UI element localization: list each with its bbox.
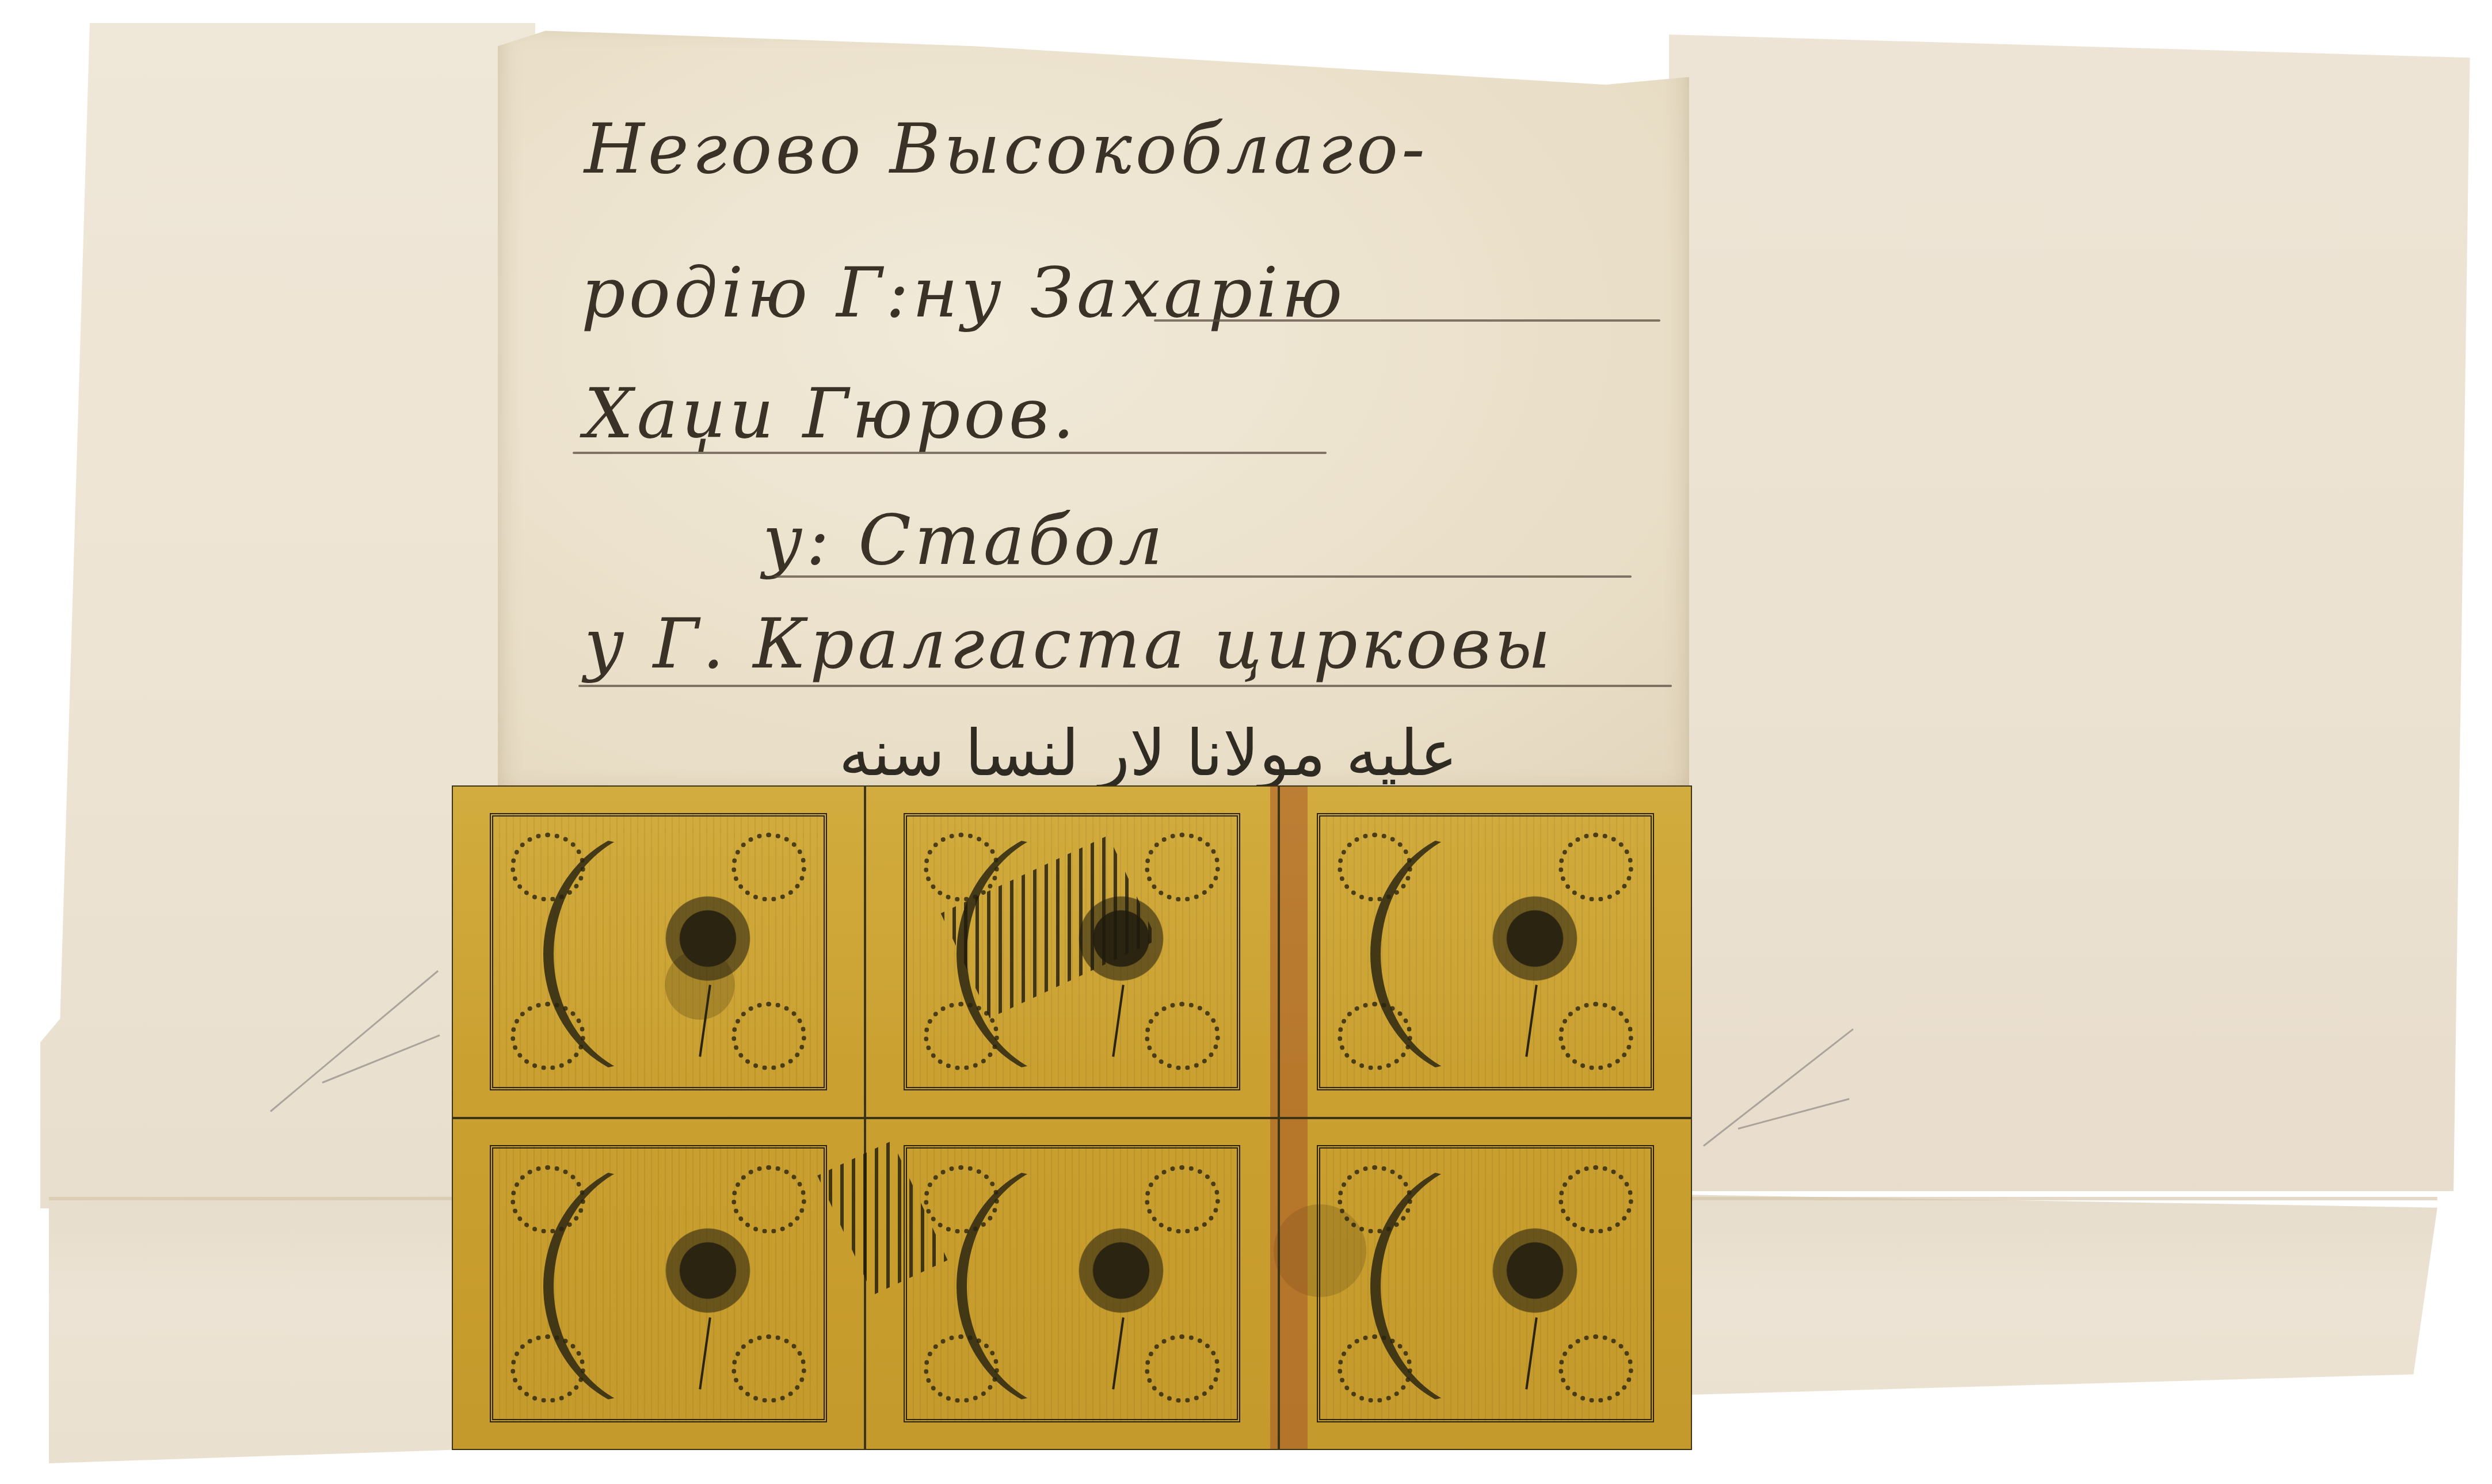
ornament-icon [924,1165,999,1234]
stamp-block [452,785,1692,1450]
ornament-icon [510,1002,585,1070]
underline-3 [573,452,1327,454]
photo-scene: Негово Высокоблаго- родію Г:ну Захарію Х… [0,0,2492,1484]
ornament-icon [731,1334,806,1403]
ornament-icon [1338,1002,1412,1070]
ornament-icon [1559,833,1633,901]
arabic-inscription: علیه مولانا لار لنسا سنه [673,716,1623,785]
ornament-icon [1559,1002,1633,1070]
ornament-icon [1338,1334,1412,1403]
ornament-icon [510,1334,585,1403]
stamp-2 [865,785,1278,1118]
stamp-3 [1279,785,1692,1118]
ornament-icon [1145,1002,1220,1070]
ornament-icon [1145,1334,1220,1403]
ornament-icon [1145,833,1220,901]
ornament-icon [1338,1165,1412,1234]
address-sheet: Негово Высокоблаго- родію Г:ну Захарію Х… [498,23,1689,794]
ornament-icon [924,1334,999,1403]
underline-2 [1154,319,1660,322]
ornament-icon [731,1002,806,1070]
ornament-icon [1559,1165,1633,1234]
underline-4 [774,575,1632,578]
envelope-right-panel [1669,35,2486,1191]
stamp-4 [452,1118,865,1451]
address-line-3: Хаџи Гюров. [584,374,1689,454]
ornament-icon [1559,1334,1633,1403]
ornament-icon [510,833,585,901]
ornament-icon [731,833,806,901]
ornament-icon [731,1165,806,1234]
stamp-6 [1279,1118,1692,1451]
ornament-icon [1338,833,1412,901]
address-line-5: у Г. Кралгаста цирковы [584,604,1689,684]
underline-5 [578,685,1672,687]
ornament-icon [510,1165,585,1234]
address-line-1: Негово Высокоблаго- [584,109,1689,189]
ornament-icon [1145,1165,1220,1234]
stamp-1 [452,785,865,1118]
address-line-4: у: Стабол [763,501,1689,581]
stamp-5 [865,1118,1278,1451]
stamp-grid [452,785,1692,1450]
